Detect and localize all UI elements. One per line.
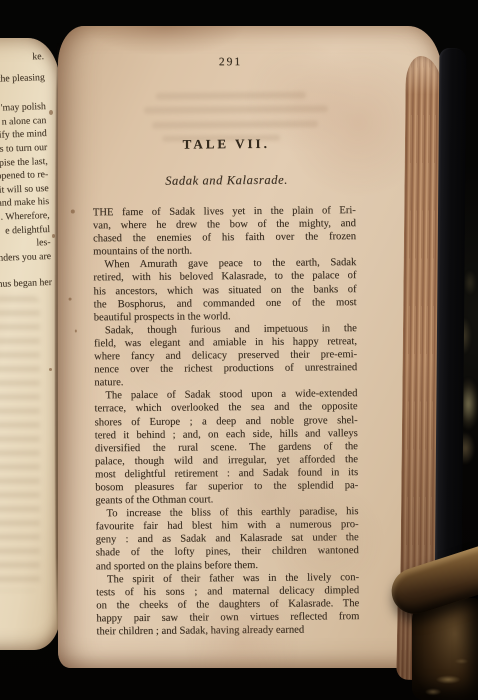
text-line: shade of the lofty pines, their children… bbox=[96, 544, 359, 559]
bronze-ornament-base bbox=[412, 598, 478, 700]
text-line: chased the enemies of his faith over the… bbox=[93, 230, 356, 245]
paragraph: The spirit of their father was in the li… bbox=[96, 571, 360, 639]
right-page: 291 TALE VII. Sadak and Kalasrade. THE f… bbox=[58, 26, 442, 668]
page-content: 291 TALE VII. Sadak and Kalasrade. THE f… bbox=[55, 24, 445, 669]
book-photo-scene: ke.y the pleasing'may polishn alone cani… bbox=[0, 0, 478, 700]
left-page-fragments: ke.y the pleasing'may polishn alone cani… bbox=[0, 50, 52, 292]
foxing-stain bbox=[49, 110, 53, 115]
paragraph: The palace of Sadak stood upon a wide-ex… bbox=[94, 387, 358, 507]
foxing-stain bbox=[49, 368, 52, 371]
left-page-fragment: e delightful les- bbox=[0, 222, 51, 251]
body-text: THE fame of Sadak lives yet in the plain… bbox=[93, 204, 360, 638]
left-page-showthrough bbox=[0, 296, 40, 591]
text-line: happy pair saw their own virtues reflect… bbox=[96, 610, 359, 625]
heading-block: TALE VII. Sadak and Kalasrade. bbox=[66, 135, 386, 190]
left-page: ke.y the pleasing'may polishn alone cani… bbox=[0, 38, 60, 650]
foxing-stain bbox=[69, 298, 72, 301]
text-line: bosom pleasures far superior to the sple… bbox=[95, 479, 358, 494]
tale-heading: TALE VII. bbox=[66, 135, 386, 154]
book-cover bbox=[435, 48, 467, 608]
left-page-fragment: onders you are bbox=[0, 250, 51, 266]
text-line: their children ; and Sadak, having alrea… bbox=[96, 623, 359, 638]
tale-subtitle: Sadak and Kalasrade. bbox=[66, 172, 386, 190]
showthrough-line bbox=[152, 120, 318, 128]
paragraph: THE fame of Sadak lives yet in the plain… bbox=[93, 204, 356, 259]
paragraph: To increase the bliss of this earthly pa… bbox=[95, 505, 359, 573]
page-number: 291 bbox=[55, 55, 405, 70]
showthrough-line bbox=[144, 105, 328, 114]
left-page-fragment: y the pleasing bbox=[0, 71, 45, 87]
text-line: nence over the richest productions of un… bbox=[94, 361, 357, 376]
showthrough-line bbox=[156, 92, 306, 100]
left-page-fragment: ke. bbox=[0, 50, 44, 66]
paragraph: Sadak, though furious and impetuous in t… bbox=[94, 322, 358, 390]
paragraph: When Amurath gave peace to the earth, Sa… bbox=[93, 256, 357, 324]
left-page-fragment: . Wherefore, bbox=[0, 209, 50, 225]
left-page-fragment: hus began her bbox=[0, 276, 52, 292]
text-line: the Bosphorus, and commanded one of the … bbox=[94, 296, 357, 311]
foxing-stain bbox=[71, 210, 75, 214]
foxing-stain bbox=[75, 330, 77, 333]
